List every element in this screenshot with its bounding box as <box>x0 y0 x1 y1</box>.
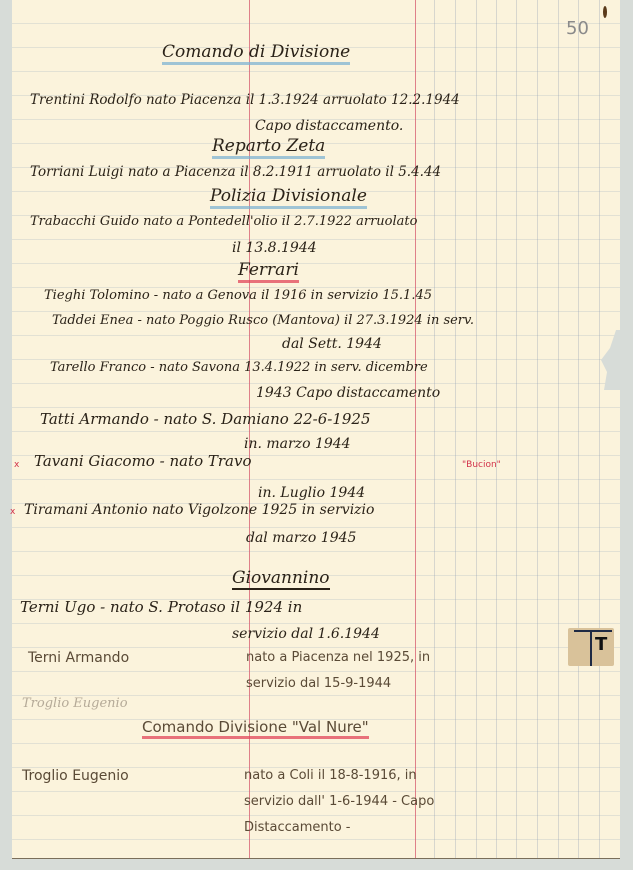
entry-line: servizio dal 1.6.1944 <box>232 626 380 642</box>
section-heading: Reparto Zeta <box>212 136 325 159</box>
entry-line: dal Sett. 1944 <box>282 336 382 352</box>
entry-line: il 13.8.1944 <box>232 240 317 256</box>
tab-rule <box>574 630 612 632</box>
red-x-mark: x <box>14 460 19 470</box>
entry-line: Taddei Enea - nato Poggio Rusco (Mantova… <box>52 313 474 328</box>
tab-letter: T <box>595 634 607 655</box>
tab-rule <box>590 630 592 666</box>
entry-line: Tavani Giacomo - nato Travo <box>34 452 252 470</box>
section-heading: Comando Divisione "Val Nure" <box>142 718 369 739</box>
red-x-mark: x <box>10 507 15 517</box>
grid-line <box>455 0 456 858</box>
entry-line: in. marzo 1944 <box>244 436 351 452</box>
faint-note: Troglio Eugenio <box>22 696 128 711</box>
grid-line <box>578 0 579 858</box>
entry-line: 1943 Capo distaccamento <box>256 385 440 401</box>
entry-details: servizio dall' 1-6-1944 - Capo <box>244 794 434 809</box>
entry-line: Trentini Rodolfo nato Piacenza il 1.3.19… <box>30 92 460 108</box>
ink-stain <box>603 6 607 18</box>
section-heading: Polizia Divisionale <box>210 186 367 209</box>
entry-line: Trabacchi Guido nato a Pontedell'olio il… <box>30 214 417 229</box>
entry-line: Tatti Armando - nato S. Damiano 22-6-192… <box>40 410 371 428</box>
entry-name: Troglio Eugenio <box>22 768 129 784</box>
grid-line <box>516 0 517 858</box>
grid-line <box>599 0 600 858</box>
grid-line <box>537 0 538 858</box>
section-heading: Ferrari <box>238 260 299 283</box>
margin-line-right <box>415 0 416 858</box>
entry-line: Terni Ugo - nato S. Protaso il 1924 in <box>20 598 302 616</box>
entry-details: nato a Piacenza nel 1925, in <box>246 650 430 665</box>
entry-line: Capo distaccamento. <box>255 118 403 134</box>
page-number: 50 <box>566 18 589 39</box>
section-heading: Giovannino <box>232 568 330 590</box>
entry-line: Tarello Franco - nato Savona 13.4.1922 i… <box>50 360 428 375</box>
grid-line <box>434 0 435 858</box>
index-tab: T <box>568 628 614 666</box>
entry-line: Tieghi Tolomino - nato a Genova il 1916 … <box>44 288 432 303</box>
entry-details: Distaccamento - <box>244 820 351 835</box>
grid-line <box>476 0 477 858</box>
entry-details: servizio dal 15-9-1944 <box>246 676 391 691</box>
entry-line: Torriani Luigi nato a Piacenza il 8.2.19… <box>30 164 441 180</box>
section-heading: Comando di Divisione <box>162 42 350 65</box>
grid-line <box>558 0 559 858</box>
entry-line: dal marzo 1945 <box>246 530 356 546</box>
entry-name: Terni Armando <box>28 650 129 666</box>
entry-line: Tiramani Antonio nato Vigolzone 1925 in … <box>24 502 374 518</box>
entry-details: nato a Coli il 18-8-1916, in <box>244 768 417 783</box>
entry-line: in. Luglio 1944 <box>258 485 365 501</box>
grid-line <box>496 0 497 858</box>
nickname-annotation: "Bucion" <box>462 460 501 470</box>
